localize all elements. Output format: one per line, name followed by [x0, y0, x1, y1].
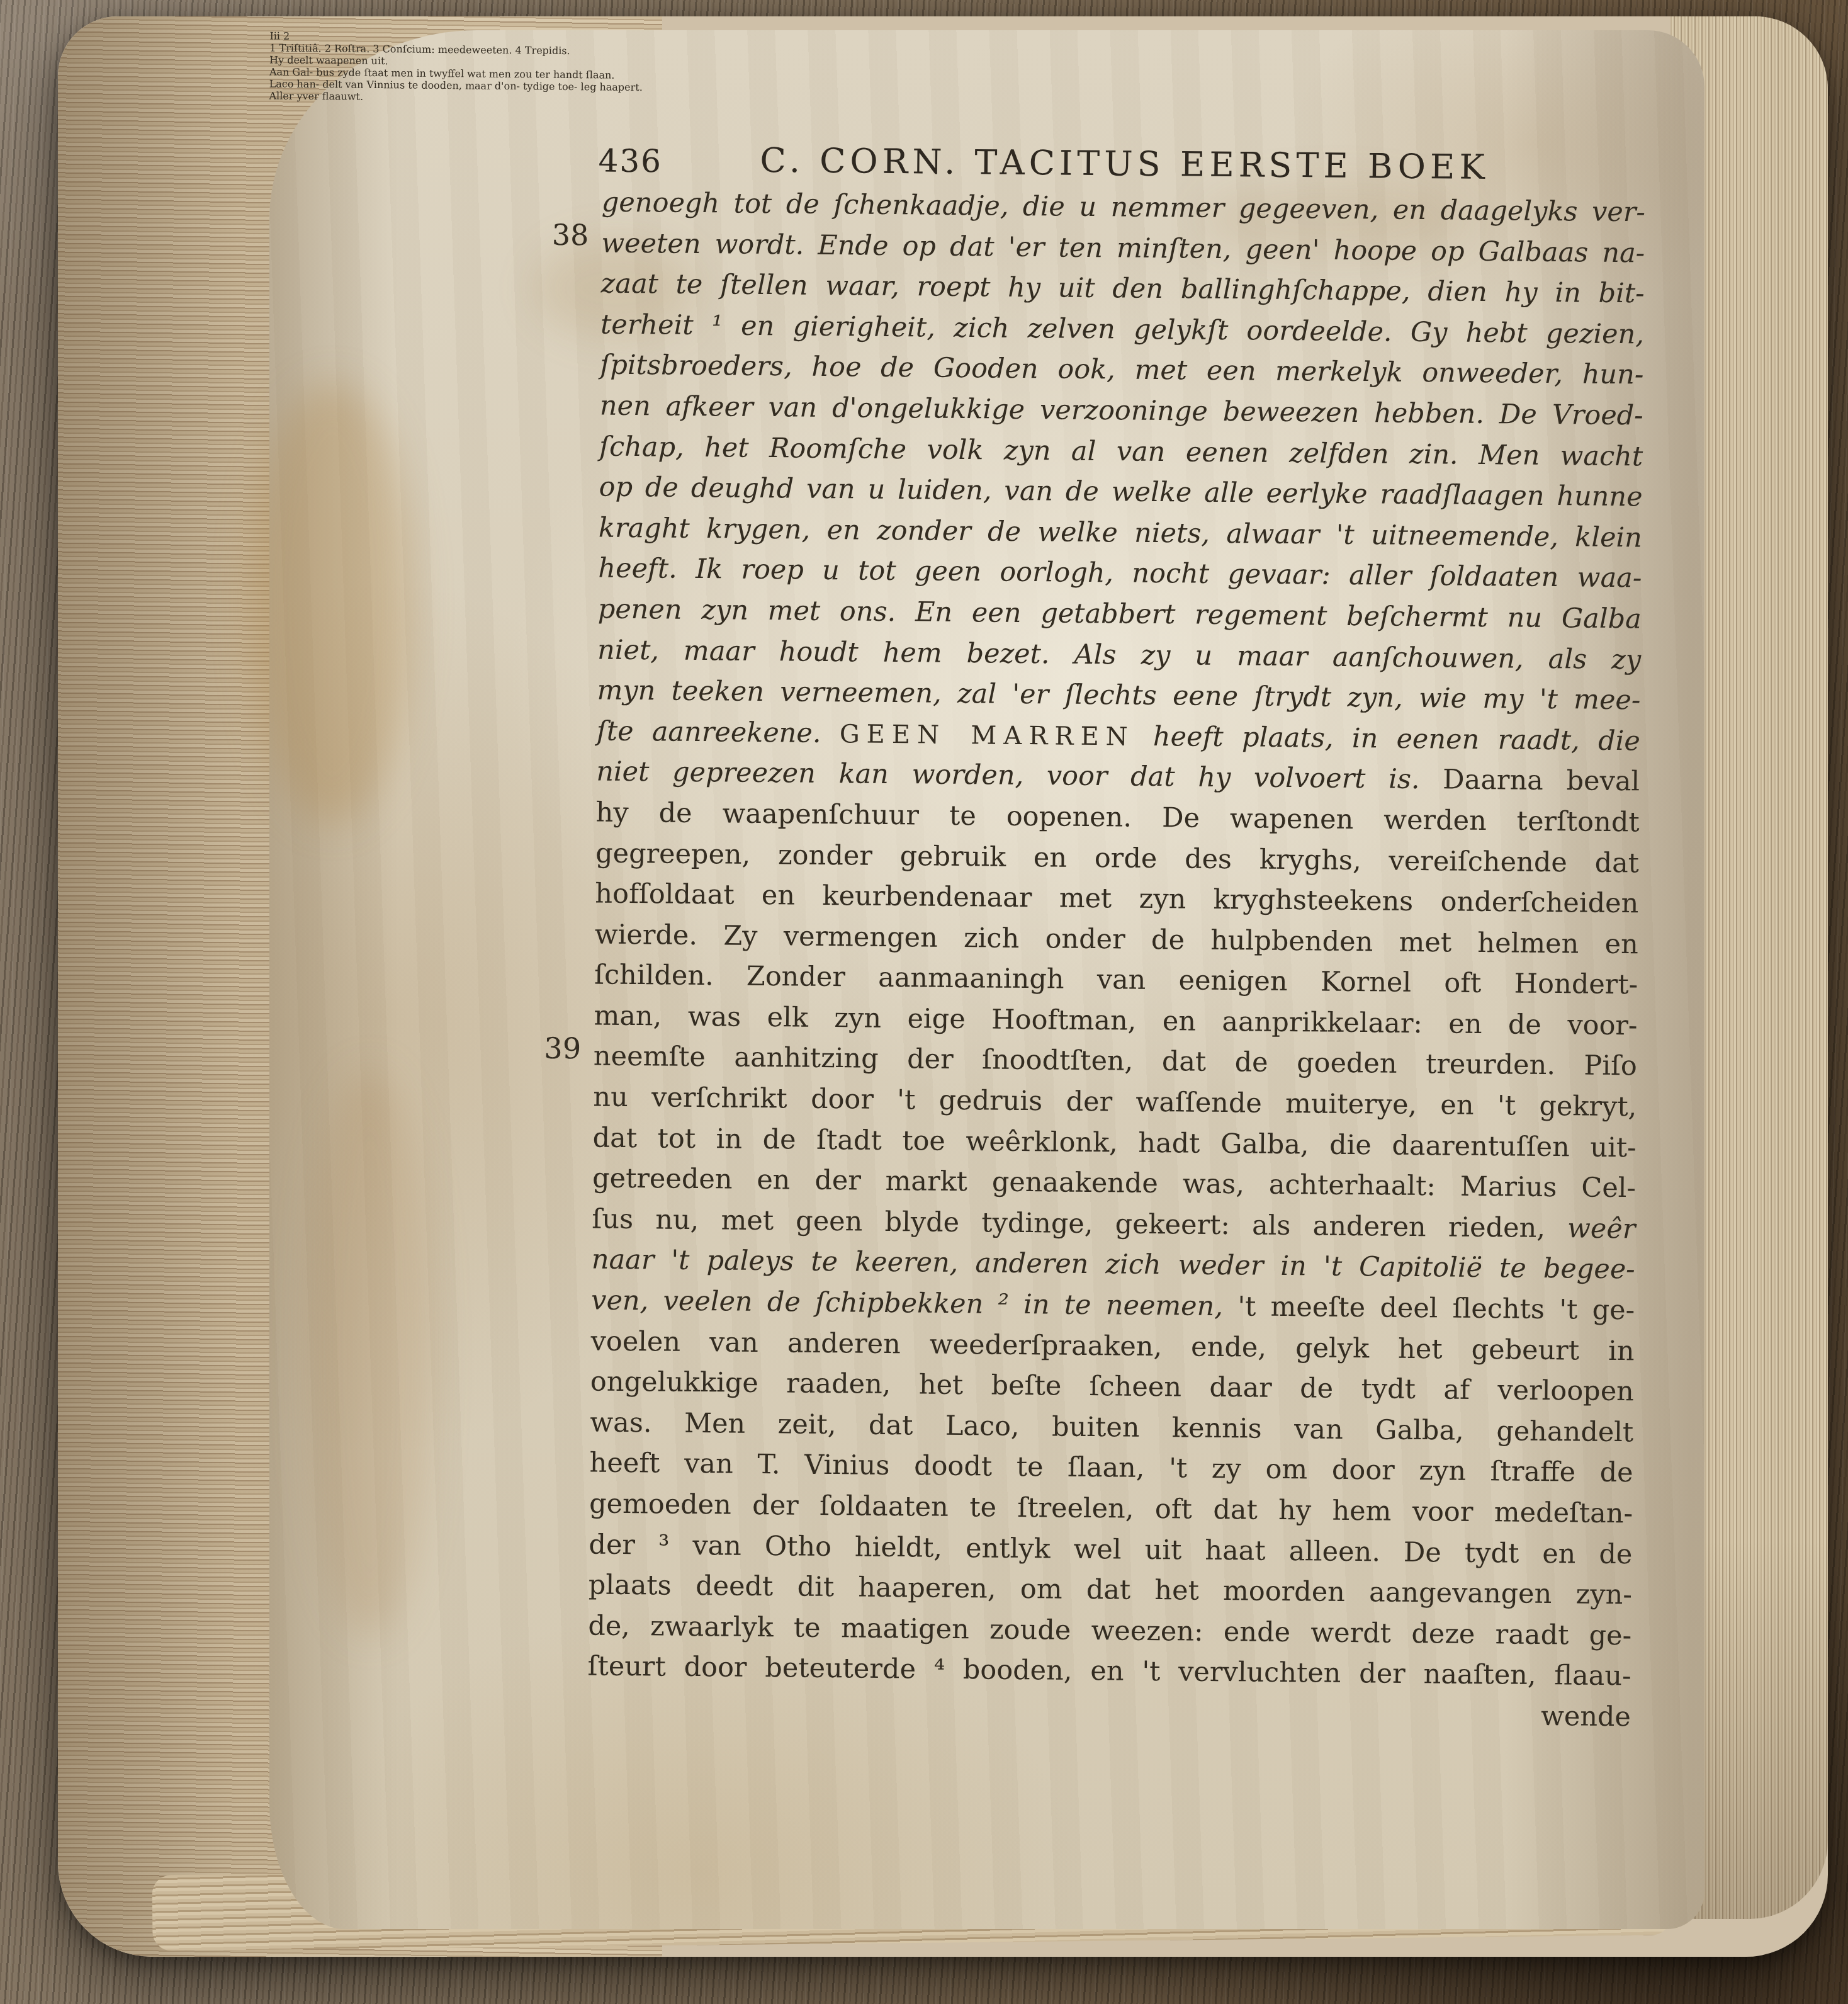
book-page: 436 C. CORN. TACITUS EERSTE BOEK genoegh…	[269, 30, 1704, 1929]
body-text: genoegh tot de ſchenkaadje, die u nemmer…	[587, 183, 1645, 1738]
margin-section-number: 39	[524, 1031, 582, 1065]
printed-content: 436 C. CORN. TACITUS EERSTE BOEK genoegh…	[252, 30, 1705, 1942]
page-number: 436	[598, 142, 662, 179]
open-book: 436 C. CORN. TACITUS EERSTE BOEK genoegh…	[58, 16, 1828, 1957]
running-header: 436 C. CORN. TACITUS EERSTE BOEK	[602, 139, 1647, 189]
margin-section-number: 38	[532, 217, 589, 252]
photo-of-open-book: 436 C. CORN. TACITUS EERSTE BOEK genoegh…	[0, 0, 1848, 2004]
running-title: C. CORN. TACITUS EERSTE BOEK	[760, 140, 1489, 187]
